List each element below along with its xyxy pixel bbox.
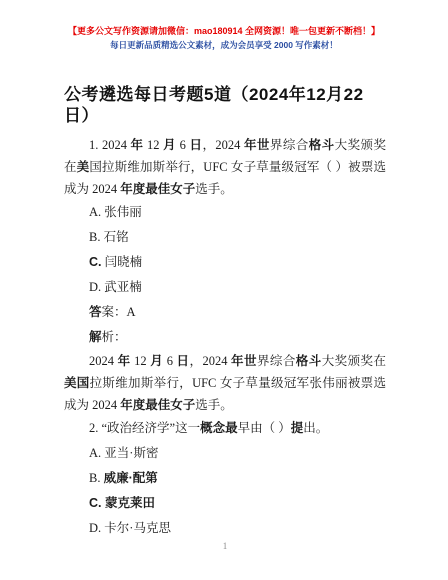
text-segment: C. <box>89 255 102 269</box>
question-1-answer: 答案：A <box>64 300 386 325</box>
option-row: D. 卡尔·马克思 <box>64 516 386 541</box>
text-segment: 界综合 <box>257 354 296 368</box>
text-segment: 日 <box>190 138 203 152</box>
text-segment: ，2024 <box>202 138 244 152</box>
text-segment: 案：A <box>102 305 136 319</box>
page-title: 公考遴选每日考题5道（2024年12月22日） <box>64 84 386 126</box>
text-segment: A. 张伟丽 <box>89 205 142 219</box>
text-segment: 2024 <box>89 354 118 368</box>
header-watermark: 【更多公文写作资源请加微信：mao180914 全网资源！唯一包更新不断档！】 … <box>0 25 448 51</box>
text-segment: B. 石铭 <box>89 230 129 244</box>
text-segment: A. 亚当·斯密 <box>89 446 158 460</box>
text-segment: 闫晓楠 <box>102 255 143 269</box>
text-segment: 威廉·配第 <box>104 471 158 485</box>
text-segment: B. <box>89 471 104 485</box>
text-segment: 月 <box>163 138 176 152</box>
text-segment: 年度最佳女子 <box>120 398 195 412</box>
text-segment: C. 蒙克莱田 <box>89 496 155 510</box>
text-segment: 年 <box>131 138 144 152</box>
watermark-line1: 【更多公文写作资源请加微信：mao180914 全网资源！唯一包更新不断档！】 <box>0 25 448 37</box>
question-1-analysis: 2024 年 12 月 6 日，2024 年世界综合格斗大奖颁奖在美国拉斯维加斯… <box>64 350 386 416</box>
text-segment: D. 卡尔·马克思 <box>89 521 171 535</box>
text-segment: 美 <box>77 160 90 174</box>
question-2-options: A. 亚当·斯密B. 威廉·配第C. 蒙克莱田D. 卡尔·马克思 <box>64 441 386 541</box>
text-segment: 年世 <box>231 354 257 368</box>
text-segment: 年度最佳女子 <box>120 182 195 196</box>
text-segment: 析： <box>102 330 127 344</box>
text-segment: 界综合 <box>270 138 309 152</box>
text-segment: 月 <box>150 354 163 368</box>
text-segment: 早由（ ） <box>238 421 291 435</box>
text-segment: 1. 2024 <box>89 138 131 152</box>
text-segment: 12 <box>143 138 163 152</box>
option-row: C. 蒙克莱田 <box>64 491 386 516</box>
text-segment: 答 <box>89 305 102 319</box>
text-segment: 概念最 <box>200 421 238 435</box>
text-segment: 选手。 <box>195 182 233 196</box>
text-segment: ，2024 <box>190 354 232 368</box>
watermark-line2: 每日更新品质精选公文素材，成为会员享受 2000 写作素材！ <box>0 39 448 51</box>
option-row: C. 闫晓楠 <box>64 250 386 275</box>
option-row: B. 威廉·配第 <box>64 466 386 491</box>
text-segment: 格斗 <box>296 354 322 368</box>
text-segment: 提 <box>291 421 304 435</box>
option-row: A. 亚当·斯密 <box>64 441 386 466</box>
question-1-stem: 1. 2024 年 12 月 6 日，2024 年世界综合格斗大奖颁奖在美国拉斯… <box>64 134 386 200</box>
text-segment: 出。 <box>303 421 328 435</box>
option-row: B. 石铭 <box>64 225 386 250</box>
text-segment: 12 <box>131 354 151 368</box>
question-1-options: A. 张伟丽B. 石铭C. 闫晓楠D. 武亚楠 <box>64 200 386 300</box>
text-segment: 2. “政治经济学”这一 <box>89 421 200 435</box>
text-segment: 格斗 <box>309 138 335 152</box>
document-page: 【更多公文写作资源请加微信：mao180914 全网资源！唯一包更新不断档！】 … <box>0 0 448 580</box>
text-segment: 6 <box>163 354 176 368</box>
text-segment: 年世 <box>244 138 270 152</box>
text-segment: 美国 <box>64 376 90 390</box>
text-segment: 6 <box>176 138 189 152</box>
page-number: 1 <box>64 540 386 552</box>
text-segment: 年 <box>118 354 131 368</box>
text-segment: 选手。 <box>195 398 233 412</box>
option-row: A. 张伟丽 <box>64 200 386 225</box>
text-segment: 大奖颁奖在 <box>322 354 386 368</box>
question-1-analysis-label: 解析： <box>64 325 386 350</box>
text-segment: D. 武亚楠 <box>89 280 142 294</box>
text-segment: 解 <box>89 330 102 344</box>
text-segment: 日 <box>177 354 190 368</box>
option-row: D. 武亚楠 <box>64 275 386 300</box>
question-2-stem: 2. “政治经济学”这一概念最早由（ ）提出。 <box>64 416 386 441</box>
document-content: 公考遴选每日考题5道（2024年12月22日） 1. 2024 年 12 月 6… <box>64 84 386 541</box>
